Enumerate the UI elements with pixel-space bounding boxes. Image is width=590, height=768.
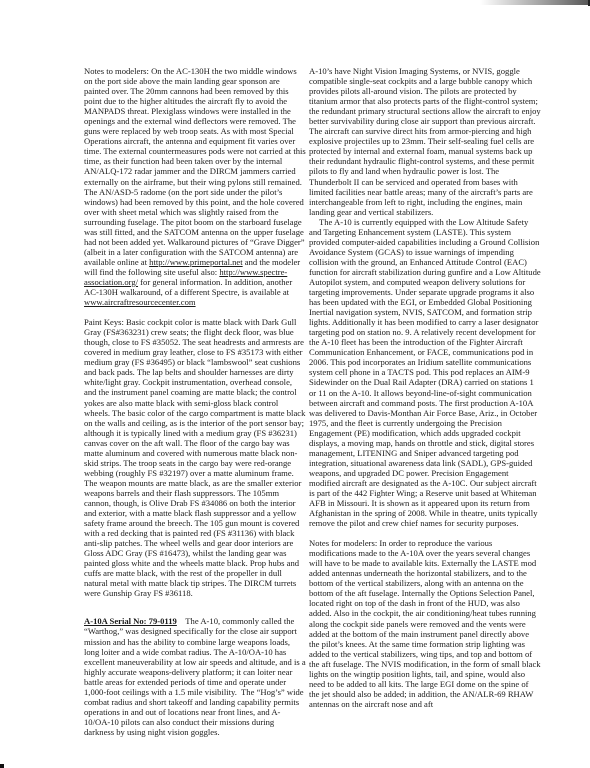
- ac130-notes-text-1: Notes to modelers: On the AC-130H the tw…: [84, 66, 306, 267]
- paint-keys-paragraph: Paint Keys: Basic cockpit color is matte…: [84, 317, 306, 598]
- scan-edge-shadow: [480, 0, 590, 5]
- a10-modeler-notes-paragraph: Notes for modelers: In order to reproduc…: [309, 538, 541, 709]
- primeportal-link[interactable]: http://www.primeportal.net: [149, 257, 242, 267]
- right-column: A-10’s have Night Vision Imaging Systems…: [309, 66, 541, 719]
- a10-equipment-paragraph: The A-10 is currently equipped with the …: [309, 217, 541, 528]
- left-column: Notes to modelers: On the AC-130H the tw…: [84, 66, 306, 747]
- a10-continued-paragraph: A-10’s have Night Vision Imaging Systems…: [309, 66, 541, 217]
- aircraft-resource-center-link[interactable]: www.aircraftresourcecenter.com: [84, 297, 196, 307]
- a10-intro-text: The A-10, commonly called the “Warthog,”…: [84, 616, 308, 737]
- ac130-modeler-notes: Notes to modelers: On the AC-130H the tw…: [84, 66, 306, 307]
- a10-intro-paragraph: A-10A Serial No: 79-0119 The A-10, commo…: [84, 616, 306, 737]
- a10-serial-heading: A-10A Serial No: 79-0119: [84, 616, 177, 626]
- scan-corner-mark: [0, 764, 4, 768]
